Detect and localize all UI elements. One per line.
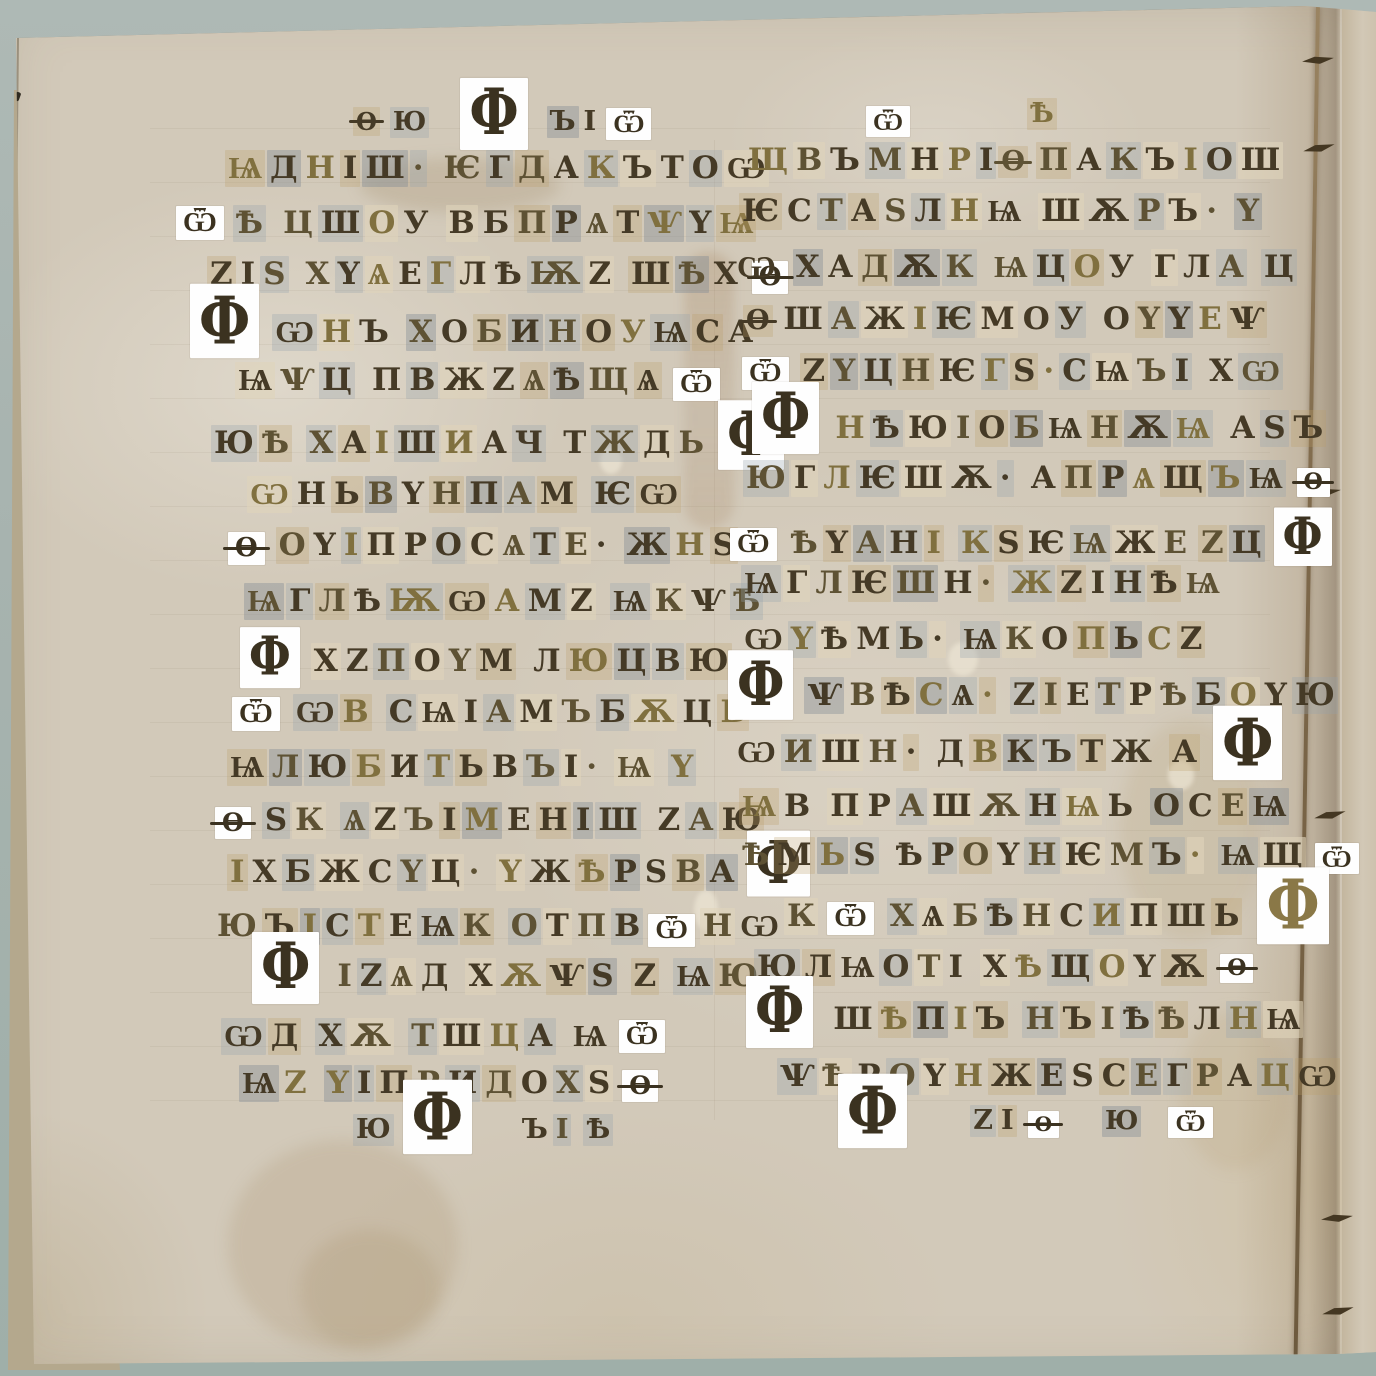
- word-gap: [290, 284, 302, 285]
- letter-tile: Г: [486, 150, 513, 187]
- letter-tile: Е: [1160, 525, 1190, 562]
- letter-tile: І: [998, 1105, 1017, 1137]
- letter-tile: Ѕ: [1260, 410, 1288, 447]
- letter-tile: К: [292, 802, 326, 839]
- letter-tile: С: [467, 527, 498, 564]
- letter-tile: Ү: [397, 854, 425, 891]
- letter-tile: І: [460, 694, 481, 731]
- letter-tile: ·: [1203, 193, 1220, 230]
- highlighted-letter[interactable]: Ф: [252, 932, 319, 1003]
- highlighted-letter[interactable]: Ф: [240, 627, 300, 688]
- highlighted-letter[interactable]: Ѿ: [619, 1020, 666, 1053]
- letter-tile: Ү: [496, 854, 524, 891]
- letter-tile: Ѩ: [244, 583, 284, 620]
- letter-tile: Т: [408, 1018, 437, 1055]
- letter-tile: Ѩ: [610, 583, 650, 620]
- text-line: ФХZПОҮМЛЮЦВЮ: [238, 634, 733, 684]
- highlighted-letter[interactable]: Ѿ: [606, 108, 651, 140]
- letter-tile: Ѥ: [936, 353, 979, 390]
- letter-tile: Z: [631, 958, 660, 995]
- letter-tile: А: [1028, 460, 1059, 497]
- letter-tile: Т: [424, 749, 453, 786]
- highlighted-letter[interactable]: Ф: [1257, 867, 1328, 944]
- text-line: ѾѢЦШОУВБПРѦТѰҮѨ: [174, 203, 757, 240]
- letter-tile: Ъ: [547, 106, 579, 138]
- letter-tile: Ъ: [1134, 353, 1170, 390]
- tile-gap: [381, 131, 389, 132]
- letter-tile: Х: [303, 256, 333, 293]
- letter-tile: Ѩ: [418, 694, 458, 731]
- letter-tile: Т: [658, 150, 687, 187]
- letter-tile: Ѫ: [1124, 410, 1171, 447]
- letter-tile: Н: [865, 734, 900, 771]
- letter-tile: Л: [812, 565, 845, 602]
- tile-gap: [302, 672, 310, 673]
- letter-tile: Ц: [1261, 249, 1297, 286]
- highlighted-letter[interactable]: Ф: [460, 78, 527, 149]
- text-line: ѠХАДѪКѨЦОУГЛАЦ: [733, 248, 1298, 285]
- word-gap: [302, 1043, 314, 1044]
- letter-tile: Ц: [860, 353, 896, 390]
- text-line: ЩВЪМНРІѲПАКЪІОШ: [744, 140, 1284, 177]
- letter-tile: Ѣ: [1120, 1001, 1153, 1038]
- text-line: ѨДНІШ·ѤГДАКЪТОѠ: [224, 150, 770, 187]
- text-line: Ѿ: [864, 106, 912, 137]
- letter-tile: Н: [940, 565, 975, 602]
- letter-tile: Ц: [280, 205, 316, 242]
- text-line: ѲШАЖІѤМОУОҮҮЕѰ: [742, 303, 1268, 340]
- letter-tile: Н: [1110, 565, 1145, 602]
- letter-tile: Ѕ: [850, 837, 878, 874]
- letter-tile: І: [976, 142, 997, 179]
- letter-tile: Ѭ: [386, 583, 443, 620]
- letter-tile: С: [784, 193, 815, 230]
- word-gap: [1138, 275, 1150, 276]
- letter-tile: О: [1150, 788, 1183, 825]
- letter-tile: Z: [585, 256, 614, 293]
- letter-tile: А: [479, 425, 510, 462]
- letter-tile: Ѩ: [673, 958, 713, 995]
- letter-tile: Ү: [399, 476, 427, 513]
- letter-tile: Ѣ: [1147, 565, 1180, 602]
- letter-tile: Ѩ: [650, 314, 690, 351]
- letter-tile: І: [1172, 353, 1193, 390]
- highlighted-letter[interactable]: Ѳ: [1297, 468, 1330, 497]
- letter-tile: Ѳ: [998, 146, 1028, 178]
- letter-tile: Д: [858, 249, 892, 286]
- letter-tile: Р: [610, 854, 639, 891]
- word-gap: [1137, 814, 1149, 815]
- letter-tile: Ъ: [1143, 142, 1179, 179]
- letter-tile: О: [689, 150, 722, 187]
- letter-tile: Z: [567, 583, 596, 620]
- letter-tile: Д: [515, 150, 549, 187]
- highlighted-letter[interactable]: Ф: [838, 1074, 907, 1148]
- letter-tile: Г: [791, 460, 818, 497]
- letter-tile: Т: [817, 193, 846, 230]
- letter-tile: И: [1089, 898, 1124, 935]
- highlighted-letter[interactable]: Ф: [728, 650, 793, 719]
- letter-tile: А: [685, 802, 716, 839]
- highlighted-letter[interactable]: Ѳ: [1028, 1111, 1059, 1138]
- letter-tile: Ѡ: [272, 314, 317, 351]
- letter-tile: Ц: [1257, 1058, 1293, 1095]
- highlighted-letter[interactable]: Ѳ: [228, 532, 265, 565]
- highlighted-letter[interactable]: Ѿ: [1168, 1107, 1212, 1138]
- letter-tile: Л: [911, 193, 944, 230]
- letter-tile: Ѫ: [948, 460, 995, 497]
- letter-tile: Ж: [1108, 734, 1155, 771]
- letter-tile: І: [334, 958, 355, 995]
- letter-tile: Д: [640, 425, 674, 462]
- letter-tile: Ц: [614, 643, 650, 680]
- letter-tile: А: [706, 854, 737, 891]
- letter-tile: Ѣ: [878, 1001, 911, 1038]
- letter-tile: Ѱ: [277, 362, 317, 399]
- letter-tile: Ѣ: [550, 362, 583, 399]
- letter-tile: Ѡ: [293, 694, 338, 731]
- letter-tile: О: [411, 643, 444, 680]
- letter-tile: К: [784, 898, 818, 935]
- letter-tile: Ү: [324, 1065, 352, 1102]
- letter-tile: Т: [560, 425, 589, 462]
- tile-gap: [1018, 1130, 1026, 1131]
- letter-tile: Ж: [861, 301, 908, 338]
- tile-gap: [739, 880, 745, 881]
- letter-tile: Ѕ: [642, 854, 670, 891]
- letter-tile: Ѩ: [1183, 565, 1223, 602]
- letter-tile: Л: [1180, 249, 1213, 286]
- letter-tile: Г: [427, 256, 454, 293]
- letter-tile: Ѩ: [960, 621, 1000, 658]
- tile-gap: [697, 937, 699, 938]
- letter-tile: Ѱ: [688, 583, 728, 620]
- tile-gap: [614, 1093, 620, 1094]
- letter-tile: Н: [907, 142, 942, 179]
- text-line: ѾѠВСѨІАМЪБѪЦЬ: [230, 694, 750, 731]
- letter-tile: С: [1144, 621, 1175, 658]
- highlighted-letter[interactable]: Ф: [403, 1080, 472, 1154]
- letter-tile: І: [372, 425, 393, 462]
- letter-tile: А: [524, 1018, 555, 1055]
- letter-tile: Ц: [1033, 249, 1069, 286]
- tile-gap: [572, 1136, 582, 1137]
- letter-tile: Ѣ: [583, 1114, 613, 1146]
- word-gap: [995, 594, 1007, 595]
- letter-tile: Ц: [679, 694, 715, 731]
- letter-tile: О: [1203, 142, 1236, 179]
- letter-tile: І: [573, 802, 594, 839]
- letter-tile: Ѣ: [893, 837, 926, 874]
- letter-tile: В: [652, 643, 684, 680]
- letter-tile: Ю: [686, 643, 732, 680]
- letter-tile: Ѩ: [239, 1065, 279, 1102]
- tile-gap: [644, 937, 646, 938]
- text-line: ѠҮѢМЬ·ѨКОПЬСZ: [740, 621, 1206, 658]
- letter-tile: Л: [315, 583, 348, 620]
- letter-tile: Ѥ: [856, 460, 899, 497]
- tile-gap: [474, 1136, 518, 1137]
- letter-tile: Ю: [1102, 1106, 1141, 1137]
- letter-tile: Ю: [743, 460, 789, 497]
- letter-tile: І: [581, 106, 600, 138]
- letter-tile: Ѣ: [575, 854, 608, 891]
- letter-tile: Ѭ: [527, 256, 584, 293]
- word-gap: [547, 452, 559, 453]
- text-line: ѠИШН·ДВКЪТЖАФ: [733, 714, 1284, 775]
- tile-gap: [1191, 551, 1197, 552]
- word-gap: [557, 1043, 569, 1044]
- letter-tile: Р: [1126, 677, 1155, 714]
- tile-gap: [430, 131, 458, 132]
- letter-tile: Т: [613, 205, 642, 242]
- letter-tile: Ц: [486, 1018, 522, 1055]
- manuscript-page: ѲЮФЪІѾѨДНІШ·ѤГДАКЪТОѠѾѢЦШОУВБПРѦТѰҮѨZІЅХ…: [0, 0, 1376, 1376]
- letter-tile: Х: [887, 898, 917, 935]
- letter-tile: Ц: [1229, 525, 1265, 562]
- letter-tile: Ѩ: [1173, 410, 1213, 447]
- letter-tile: І: [561, 749, 582, 786]
- tile-gap: [819, 925, 825, 926]
- letter-tile: Ѣ: [1155, 1001, 1188, 1038]
- letter-tile: Л: [1190, 1001, 1223, 1038]
- letter-tile: Ѣ: [818, 621, 851, 658]
- letter-tile: Р: [401, 527, 430, 564]
- tile-gap: [226, 230, 232, 231]
- letter-tile: Ѱ: [804, 677, 844, 714]
- highlighted-letter[interactable]: Ѳ: [622, 1070, 658, 1102]
- letter-tile: Ѩ: [235, 362, 275, 399]
- word-gap: [967, 974, 979, 975]
- highlighted-letter[interactable]: Ѿ: [866, 106, 910, 137]
- text-line: Ѣ: [1026, 98, 1058, 130]
- text-line: ѨГЛѤШН·ЖZІНѢѨ: [740, 567, 1224, 604]
- letter-tile: Z: [1177, 621, 1206, 658]
- text-line: ѨѰЦПВЖZѦѢЩѦѾ: [234, 364, 722, 401]
- letter-tile: Ѫ: [1086, 193, 1133, 230]
- letter-tile: Г: [783, 565, 810, 602]
- letter-tile: Ж: [1008, 565, 1055, 602]
- letter-tile: Ѩ: [1070, 525, 1110, 562]
- letter-tile: Ѩ: [984, 193, 1024, 230]
- letter-tile: Б: [949, 898, 982, 935]
- letter-tile: Н: [319, 314, 354, 351]
- letter-tile: С: [1185, 788, 1216, 825]
- text-line: ЮГЛѤШѪ·АПРѦЩЪѨѲ: [742, 461, 1332, 498]
- letter-tile: Ю: [211, 425, 257, 462]
- word-gap: [1015, 488, 1027, 489]
- letter-tile: Н: [429, 476, 464, 513]
- letter-tile: К: [1106, 142, 1140, 179]
- letter-tile: О: [438, 314, 471, 351]
- letter-tile: Ѱ: [546, 958, 586, 995]
- letter-tile: Ъ: [523, 749, 559, 786]
- letter-tile: Ц: [428, 854, 464, 891]
- letter-tile: В: [446, 205, 478, 242]
- word-gap: [517, 672, 529, 673]
- highlighted-letter[interactable]: Ф: [1213, 706, 1282, 780]
- tile-gap: [1029, 167, 1035, 168]
- letter-tile: Р: [928, 837, 957, 874]
- letter-tile: Н: [294, 476, 329, 513]
- letter-tile: Д: [933, 734, 967, 771]
- letter-tile: П: [913, 1001, 948, 1038]
- text-line: ѠНЬВҮНПАМѤѠ: [246, 474, 682, 511]
- letter-tile: Ъ: [1208, 460, 1244, 497]
- letter-tile: Т: [530, 527, 559, 564]
- highlighted-letter[interactable]: Ф: [190, 284, 259, 358]
- tile-gap: [600, 131, 604, 132]
- letter-tile: ·: [997, 460, 1014, 497]
- tile-gap: [1287, 488, 1295, 489]
- letter-tile: Z: [655, 802, 684, 839]
- word-gap: [483, 880, 495, 881]
- letter-tile: Ү: [830, 353, 858, 390]
- letter-tile: Ѫ: [631, 694, 678, 731]
- letter-tile: А: [551, 150, 582, 187]
- letter-tile: Ж: [316, 854, 363, 891]
- highlighted-letter[interactable]: Ѳ: [215, 807, 251, 839]
- highlighted-letter[interactable]: Ѿ: [232, 697, 280, 731]
- letter-tile: І: [227, 854, 248, 891]
- letter-tile: В: [340, 694, 372, 731]
- word-gap: [615, 284, 627, 285]
- letter-tile: Т: [914, 949, 943, 986]
- highlighted-letter[interactable]: Ѿ: [730, 528, 777, 561]
- letter-tile: М: [865, 142, 905, 179]
- letter-tile: В: [781, 788, 813, 825]
- letter-tile: Ѣ: [1012, 949, 1045, 986]
- letter-tile: Z: [343, 643, 372, 680]
- text-line: ЮФЪІѢ: [352, 1088, 614, 1149]
- letter-tile: Z: [357, 958, 386, 995]
- letter-tile: В: [406, 362, 438, 399]
- letter-tile: І: [950, 1001, 971, 1038]
- word-gap: [945, 551, 957, 552]
- letter-tile: Ѩ: [739, 788, 779, 825]
- letter-tile: Ѧ: [919, 898, 947, 935]
- letter-tile: О: [1038, 621, 1071, 658]
- word-gap: [997, 702, 1009, 703]
- highlighted-letter[interactable]: Ф: [752, 382, 819, 453]
- letter-tile: Д: [267, 150, 301, 187]
- letter-tile: Ъ: [1039, 734, 1075, 771]
- letter-tile: Х: [311, 643, 341, 680]
- letter-tile: У: [400, 205, 431, 242]
- tile-gap: [530, 131, 546, 132]
- tile-gap: [1248, 275, 1260, 276]
- word-gap: [267, 230, 279, 231]
- letter-tile: Х: [793, 249, 823, 286]
- letter-tile: ·: [903, 734, 920, 771]
- letter-tile: Ѫ: [498, 958, 545, 995]
- letter-tile: М: [977, 301, 1017, 338]
- word-gap: [293, 452, 305, 453]
- letter-tile: Ѥ: [591, 476, 634, 513]
- letter-tile: Х: [406, 314, 436, 351]
- letter-tile: Ѩ: [1218, 837, 1258, 874]
- letter-tile: Ѡ: [734, 734, 779, 771]
- letter-tile: В: [672, 854, 704, 891]
- letter-tile: Z: [970, 1105, 996, 1137]
- tile-gap: [821, 435, 831, 436]
- text-line: ФІZѦДХѪѰЅZѨЮ: [250, 940, 762, 999]
- letter-tile: Ѣ: [492, 256, 525, 293]
- letter-tile: Ѣ: [984, 898, 1017, 935]
- letter-tile: Б: [480, 205, 513, 242]
- letter-tile: А: [1224, 1058, 1255, 1095]
- letter-tile: Ю: [566, 643, 612, 680]
- letter-tile: Ѣ: [675, 256, 708, 293]
- letter-tile: Ѧ: [500, 527, 528, 564]
- letter-tile: Ү: [686, 205, 714, 242]
- tile-gap: [267, 555, 275, 556]
- letter-tile: Ш: [818, 734, 863, 771]
- letter-tile: Ү: [1234, 193, 1262, 230]
- letter-tile: Ѫ: [976, 788, 1023, 825]
- letter-tile: Д: [268, 1018, 302, 1055]
- letter-tile: Z: [281, 1065, 310, 1102]
- letter-tile: Ш: [1038, 193, 1083, 230]
- letter-tile: Ж: [440, 362, 487, 399]
- word-gap: [978, 275, 990, 276]
- highlighted-letter[interactable]: Ѿ: [827, 902, 874, 935]
- tile-gap: [779, 551, 787, 552]
- letter-tile: О: [1071, 249, 1104, 286]
- letter-tile: Б: [596, 694, 629, 731]
- letter-tile: Е: [1218, 788, 1248, 825]
- tile-gap: [1201, 762, 1211, 763]
- highlighted-letter[interactable]: Ѿ: [673, 368, 720, 401]
- letter-tile: У: [1055, 301, 1086, 338]
- letter-tile: Z: [489, 362, 518, 399]
- tile-gap: [321, 985, 333, 986]
- letter-tile: Н: [832, 410, 867, 447]
- letter-tile: А: [338, 425, 369, 462]
- word-gap: [597, 609, 609, 610]
- letter-tile: О: [975, 410, 1008, 447]
- letter-tile: Ѣ: [259, 425, 292, 462]
- word-gap: [1205, 866, 1217, 867]
- letter-tile: Н: [1025, 788, 1060, 825]
- letter-tile: П: [1126, 898, 1161, 935]
- highlighted-letter[interactable]: Ѿ: [176, 206, 224, 240]
- word-gap: [655, 774, 667, 775]
- letter-tile: В: [846, 677, 878, 714]
- text-line: ЮѢХАІШИАЧТЖДЬФ: [210, 408, 786, 465]
- highlighted-letter[interactable]: Ф: [1274, 507, 1332, 566]
- letter-tile: Ѕ: [881, 193, 909, 230]
- text-line: ѲЮФЪІѾ: [352, 86, 653, 145]
- letter-tile: Ѩ: [1045, 410, 1085, 447]
- tile-gap: [261, 340, 271, 341]
- text-line: ѨГЛѢѬѠАМZѨКѰѢ: [243, 582, 764, 619]
- word-gap: [311, 1093, 323, 1094]
- text-line: ФZІѲЮѾ: [836, 1082, 1215, 1143]
- letter-tile: А: [483, 694, 514, 731]
- letter-tile: Ь: [455, 749, 487, 786]
- letter-tile: І: [341, 527, 362, 564]
- letter-tile: Ю: [390, 107, 429, 138]
- highlighted-letter[interactable]: Ѳ: [1220, 954, 1253, 983]
- letter-tile: Е: [1063, 677, 1093, 714]
- letter-tile: Ю: [905, 410, 951, 447]
- tile-gap: [1061, 1130, 1101, 1131]
- highlighted-letter[interactable]: Ф: [746, 976, 813, 1047]
- letter-tile: О: [276, 527, 309, 564]
- letter-tile: Л: [530, 643, 563, 680]
- letter-tile: Е: [1195, 301, 1225, 338]
